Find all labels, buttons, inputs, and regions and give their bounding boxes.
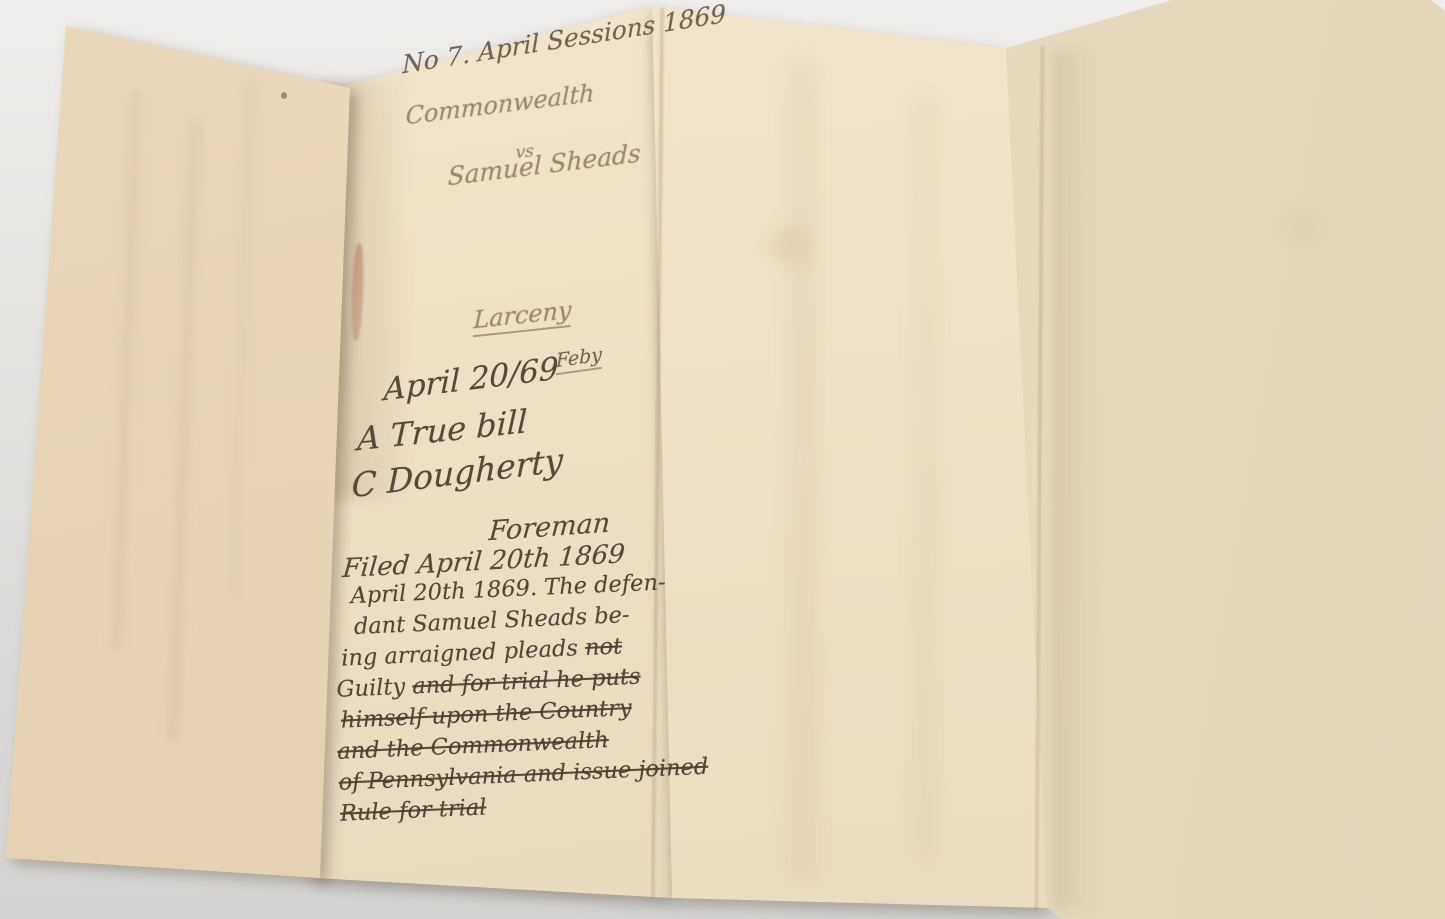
paper-shading-streak <box>790 60 816 880</box>
paper-stain <box>1290 214 1318 240</box>
paper-shading-streak <box>915 100 935 860</box>
photograph-of-folded-court-document: No 7. April Sessions 1869 Commonwealth v… <box>0 0 1445 919</box>
plea-text-struck: not <box>584 633 622 661</box>
paper-shading-streak <box>1052 50 1098 910</box>
ink-speck <box>281 92 287 99</box>
plea-text: Guilty <box>336 674 413 703</box>
paper-panel-left <box>0 0 1445 919</box>
plea-text-struck: Rule for trial <box>339 794 486 826</box>
paper-panel-left-wrap <box>0 0 1445 919</box>
plea-paragraph: April 20th 1869. The defen- dant Samuel … <box>330 569 685 832</box>
paper-stain <box>768 228 808 262</box>
